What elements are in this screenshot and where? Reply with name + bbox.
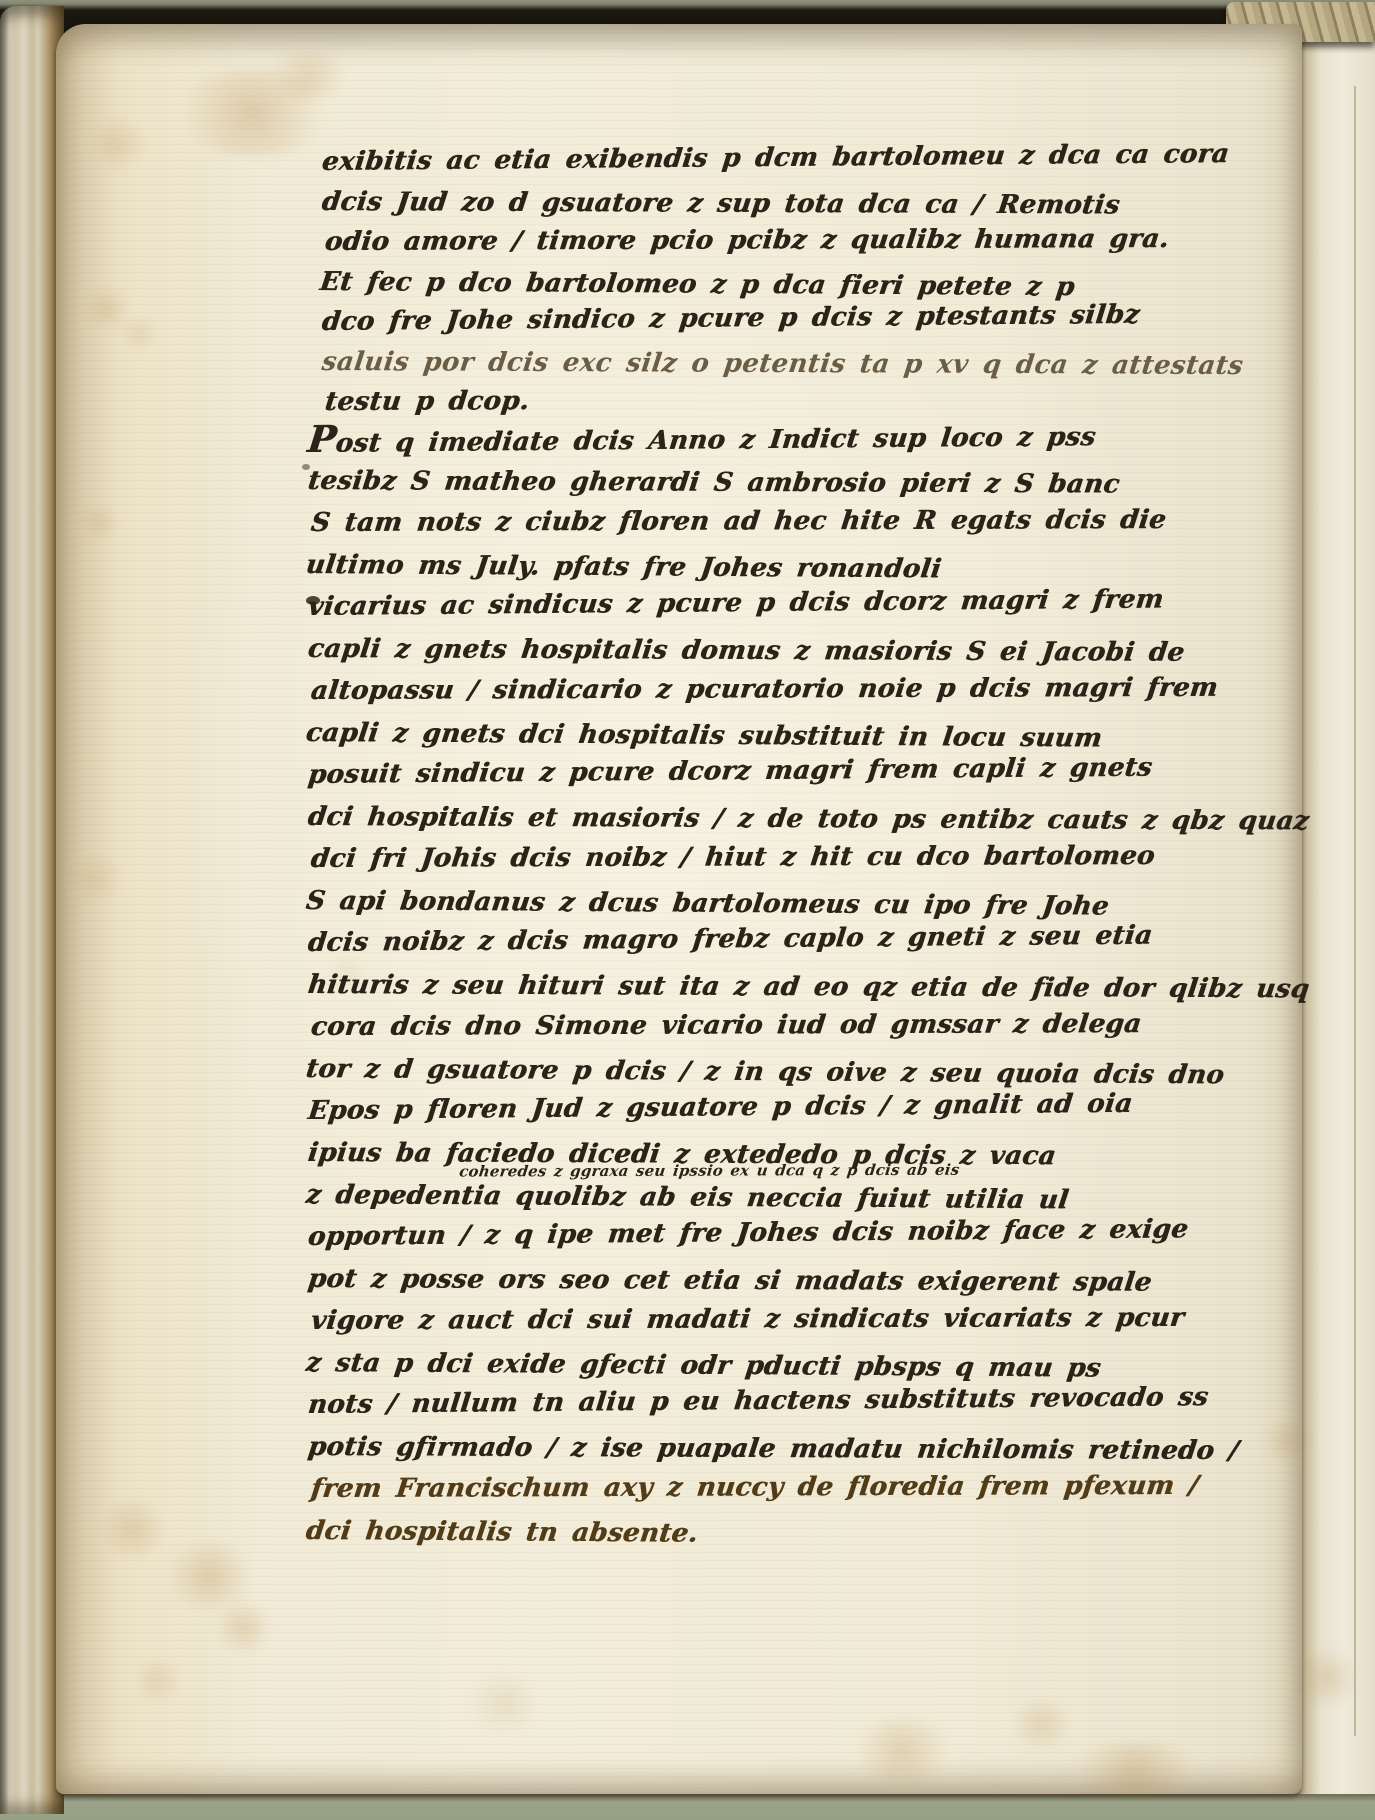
manuscript-line: odio amore / timore pcio pcibz z qualibz… xyxy=(323,219,1250,262)
paragraph-first: exibitis ac etia exibendis p dcm bartolo… xyxy=(322,142,1244,422)
manuscript-line: Post q imediate dcis Anno z Indict sup l… xyxy=(306,409,1314,460)
paragraph-second: Post q imediate dcis Anno z Indict sup l… xyxy=(308,418,1310,1552)
manuscript-line: nots / nullum tn aliu p eu hactens subst… xyxy=(306,1375,1314,1426)
manuscript-line: dci fri Johis dcis noibz / hiut z hit cu… xyxy=(308,834,1315,879)
manuscript-line: opportun / z q ipe met fre Johes dcis no… xyxy=(306,1207,1314,1258)
manuscript-line: dco fre Johe sindico z pcure p dcis z pt… xyxy=(320,294,1247,342)
manuscript-line: Epos p floren Jud z gsuatore p dcis / z … xyxy=(306,1081,1314,1132)
manuscript-line: frem Francischum axy z nuccy de floredia… xyxy=(308,1464,1315,1509)
manuscript-line: vicarius ac sindicus z pcure p dcis dcor… xyxy=(306,577,1314,628)
manuscript-line: dci hospitalis tn absente. xyxy=(303,1510,1309,1559)
manuscript-line: exibitis ac etia exibendis p dcm bartolo… xyxy=(320,134,1247,182)
manuscript-line: cora dcis dno Simone vicario iud od gmss… xyxy=(308,1002,1315,1047)
book-scan: exibitis ac etia exibendis p dcm bartolo… xyxy=(0,0,1375,1820)
manuscript-line: vigore z auct dci sui madati z sindicats… xyxy=(308,1296,1315,1341)
manuscript-line: posuit sindicu z pcure dcorz magri frem … xyxy=(306,745,1314,796)
manuscript-line: dcis noibz z dcis magro frebz caplo z gn… xyxy=(306,913,1314,964)
manuscript-line: altopassu / sindicario z pcuratorio noie… xyxy=(308,666,1315,711)
text-block: exibitis ac etia exibendis p dcm bartolo… xyxy=(0,0,1375,1820)
manuscript-line: S tam nots z ciubz floren ad hec hite R … xyxy=(308,498,1315,543)
